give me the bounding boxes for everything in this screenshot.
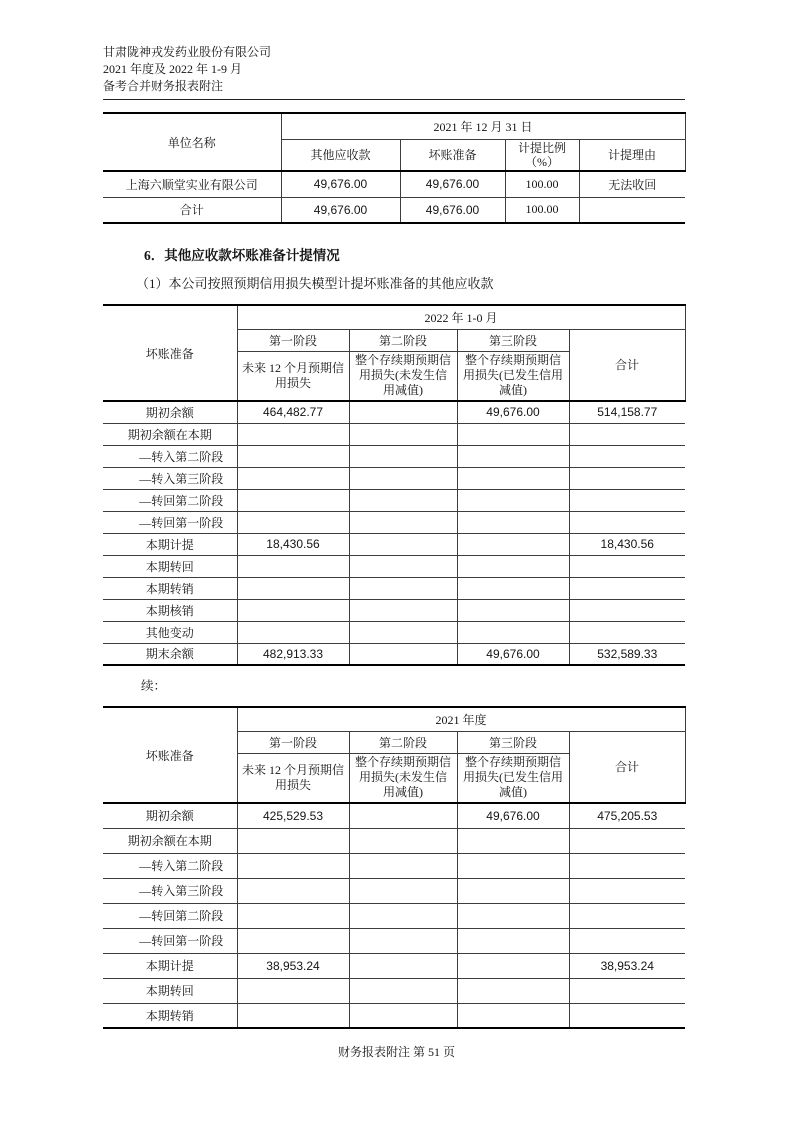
provision-table-2021: 坏账准备 2021 年度 第一阶段 第二阶段 第三阶段 合计 未来 12 个月预… bbox=[103, 706, 686, 1029]
value-cell bbox=[569, 599, 685, 621]
doc-header: 甘肃陇神戎发药业股份有限公司 2021 年度及 2022 年 1-9 月 备考合… bbox=[103, 0, 685, 95]
value-cell bbox=[237, 467, 349, 489]
table-row: 本期转销 bbox=[103, 577, 685, 599]
stage2-header: 第二阶段 bbox=[349, 329, 457, 351]
table-row: 本期转销 bbox=[103, 1003, 685, 1028]
value-cell bbox=[349, 577, 457, 599]
total-header: 合计 bbox=[569, 329, 685, 401]
unit-name-header: 单位名称 bbox=[103, 113, 281, 171]
value-cell: 425,529.53 bbox=[237, 803, 349, 828]
row-label-cell: —转回第二阶段 bbox=[103, 489, 237, 511]
row-label-cell: 本期核销 bbox=[103, 599, 237, 621]
stage2-desc: 整个存续期预期信用损失(未发生信用减值) bbox=[349, 351, 457, 401]
value-cell bbox=[349, 423, 457, 445]
value-cell bbox=[349, 978, 457, 1003]
provision-col-header: 坏账准备 bbox=[103, 305, 237, 401]
value-cell bbox=[569, 489, 685, 511]
value-cell bbox=[349, 928, 457, 953]
value-cell: 464,482.77 bbox=[237, 401, 349, 423]
stage1-desc: 未来 12 个月预期信用损失 bbox=[237, 351, 349, 401]
row-label-cell: —转回第二阶段 bbox=[103, 903, 237, 928]
value-cell bbox=[349, 903, 457, 928]
value-cell: 514,158.77 bbox=[569, 401, 685, 423]
value-cell bbox=[349, 878, 457, 903]
value-cell bbox=[237, 511, 349, 533]
reason-total-cell bbox=[579, 197, 685, 223]
report-title: 备考合并财务报表附注 bbox=[103, 78, 685, 95]
value-cell bbox=[457, 445, 569, 467]
table-row: 期初余额425,529.5349,676.00475,205.53 bbox=[103, 803, 685, 828]
value-cell bbox=[457, 423, 569, 445]
value-cell bbox=[349, 643, 457, 665]
value-cell: 49,676.00 bbox=[457, 643, 569, 665]
value-cell bbox=[569, 423, 685, 445]
table-row: 上海六顺堂实业有限公司 49,676.00 49,676.00 100.00 无… bbox=[103, 171, 685, 197]
row-label-cell: 本期转销 bbox=[103, 1003, 237, 1028]
company-name: 甘肃陇神戎发药业股份有限公司 bbox=[103, 44, 685, 61]
row-label-cell: 期初余额在本期 bbox=[103, 828, 237, 853]
table-row: —转入第二阶段 bbox=[103, 853, 685, 878]
value-cell bbox=[237, 577, 349, 599]
value-cell bbox=[237, 423, 349, 445]
value-cell: 38,953.24 bbox=[237, 953, 349, 978]
row-label-cell: —转回第一阶段 bbox=[103, 511, 237, 533]
value-cell bbox=[349, 599, 457, 621]
other-receivables-header: 其他应收款 bbox=[281, 139, 400, 171]
table-row: 期末余额482,913.3349,676.00532,589.33 bbox=[103, 643, 685, 665]
value-cell bbox=[349, 445, 457, 467]
value-cell bbox=[349, 853, 457, 878]
value-cell bbox=[569, 903, 685, 928]
value-cell: 18,430.56 bbox=[569, 533, 685, 555]
table-row: —转入第二阶段 bbox=[103, 445, 685, 467]
table-row: 本期计提38,953.2438,953.24 bbox=[103, 953, 685, 978]
stage3-desc: 整个存续期预期信用损失(已发生信用减值) bbox=[457, 753, 569, 803]
value-cell bbox=[237, 928, 349, 953]
period-header: 2021 年度 bbox=[237, 707, 685, 731]
document-page: 甘肃陇神戎发药业股份有限公司 2021 年度及 2022 年 1-9 月 备考合… bbox=[0, 0, 793, 1122]
provision-table-2022: 坏账准备 2022 年 1-0 月 第一阶段 第二阶段 第三阶段 合计 未来 1… bbox=[103, 304, 686, 666]
value-cell bbox=[457, 928, 569, 953]
row-label-cell: —转回第一阶段 bbox=[103, 928, 237, 953]
provision-ratio-header: 计提比例 （%） bbox=[505, 139, 579, 171]
period-header: 2022 年 1-0 月 bbox=[237, 305, 685, 329]
value-cell bbox=[569, 555, 685, 577]
header-rule bbox=[103, 99, 685, 100]
value-cell bbox=[349, 533, 457, 555]
table-row: —转回第二阶段 bbox=[103, 489, 685, 511]
value-cell bbox=[349, 828, 457, 853]
value-cell bbox=[457, 577, 569, 599]
value-cell bbox=[569, 1003, 685, 1028]
bad-debt-cell: 49,676.00 bbox=[400, 171, 505, 197]
row-label-cell: 期末余额 bbox=[103, 643, 237, 665]
row-label-cell: 本期转回 bbox=[103, 978, 237, 1003]
table-row: —转回第一阶段 bbox=[103, 928, 685, 953]
value-cell bbox=[457, 953, 569, 978]
value-cell bbox=[569, 828, 685, 853]
value-cell bbox=[569, 853, 685, 878]
row-label-cell: —转入第三阶段 bbox=[103, 878, 237, 903]
table-header-row: 坏账准备 2021 年度 bbox=[103, 707, 685, 731]
row-label-cell: 本期转回 bbox=[103, 555, 237, 577]
value-cell bbox=[569, 928, 685, 953]
value-cell bbox=[457, 1003, 569, 1028]
value-cell bbox=[237, 599, 349, 621]
stage2-header: 第二阶段 bbox=[349, 731, 457, 753]
row-label-cell: 其他变动 bbox=[103, 621, 237, 643]
stage1-header: 第一阶段 bbox=[237, 731, 349, 753]
value-cell bbox=[237, 828, 349, 853]
value-cell bbox=[349, 953, 457, 978]
table-row: —转入第三阶段 bbox=[103, 878, 685, 903]
ratio-total-cell: 100.00 bbox=[505, 197, 579, 223]
value-cell bbox=[569, 577, 685, 599]
total-header: 合计 bbox=[569, 731, 685, 803]
value-cell bbox=[349, 621, 457, 643]
value-cell bbox=[457, 533, 569, 555]
value-cell bbox=[349, 1003, 457, 1028]
stage3-desc: 整个存续期预期信用损失(已发生信用减值) bbox=[457, 351, 569, 401]
value-cell bbox=[569, 878, 685, 903]
section-subheading: （1）本公司按照预期信用损失模型计提坏账准备的其他应收款 bbox=[103, 273, 685, 292]
bad-debt-provision-header: 坏账准备 bbox=[400, 139, 505, 171]
value-cell bbox=[457, 511, 569, 533]
table-row: 期初余额464,482.7749,676.00514,158.77 bbox=[103, 401, 685, 423]
value-cell bbox=[457, 978, 569, 1003]
value-cell bbox=[569, 978, 685, 1003]
value-cell: 49,676.00 bbox=[457, 803, 569, 828]
value-cell: 49,676.00 bbox=[457, 401, 569, 423]
value-cell bbox=[237, 903, 349, 928]
value-cell: 38,953.24 bbox=[569, 953, 685, 978]
table-header-row: 坏账准备 2022 年 1-0 月 bbox=[103, 305, 685, 329]
table-row: —转回第一阶段 bbox=[103, 511, 685, 533]
value-cell bbox=[457, 903, 569, 928]
value-cell bbox=[349, 511, 457, 533]
value-cell bbox=[349, 803, 457, 828]
row-label-cell: 本期计提 bbox=[103, 953, 237, 978]
unit-name-cell: 上海六顺堂实业有限公司 bbox=[103, 171, 281, 197]
page-footer: 财务报表附注 第 51 页 bbox=[0, 1043, 793, 1060]
report-period: 2021 年度及 2022 年 1-9 月 bbox=[103, 61, 685, 78]
receivables-by-unit-table: 单位名称 2021 年 12 月 31 日 其他应收款 坏账准备 计提比例 （%… bbox=[103, 112, 686, 224]
continued-label: 续： bbox=[103, 676, 685, 694]
value-cell bbox=[457, 599, 569, 621]
value-cell bbox=[569, 511, 685, 533]
stage1-desc: 未来 12 个月预期信用损失 bbox=[237, 753, 349, 803]
table-row: 本期转回 bbox=[103, 555, 685, 577]
value-cell bbox=[457, 828, 569, 853]
value-cell bbox=[237, 489, 349, 511]
ratio-cell: 100.00 bbox=[505, 171, 579, 197]
table-row: —转回第二阶段 bbox=[103, 903, 685, 928]
stage3-header: 第三阶段 bbox=[457, 731, 569, 753]
date-header: 2021 年 12 月 31 日 bbox=[281, 113, 685, 139]
table-row: 本期转回 bbox=[103, 978, 685, 1003]
value-cell bbox=[457, 555, 569, 577]
value-cell bbox=[237, 878, 349, 903]
stage3-header: 第三阶段 bbox=[457, 329, 569, 351]
value-cell bbox=[457, 853, 569, 878]
stage2-desc: 整个存续期预期信用损失(未发生信用减值) bbox=[349, 753, 457, 803]
row-label-cell: 期初余额 bbox=[103, 803, 237, 828]
other-receivables-total-cell: 49,676.00 bbox=[281, 197, 400, 223]
value-cell bbox=[457, 878, 569, 903]
value-cell bbox=[237, 1003, 349, 1028]
value-cell bbox=[349, 555, 457, 577]
reason-cell: 无法收回 bbox=[579, 171, 685, 197]
table-total-row: 合计 49,676.00 49,676.00 100.00 bbox=[103, 197, 685, 223]
value-cell: 475,205.53 bbox=[569, 803, 685, 828]
value-cell: 482,913.33 bbox=[237, 643, 349, 665]
row-label-cell: —转入第二阶段 bbox=[103, 853, 237, 878]
section-heading: 6．其他应收款坏账准备计提情况 bbox=[103, 244, 685, 264]
value-cell bbox=[349, 401, 457, 423]
row-label-cell: —转入第三阶段 bbox=[103, 467, 237, 489]
value-cell bbox=[237, 445, 349, 467]
value-cell bbox=[569, 467, 685, 489]
table-header-row: 单位名称 2021 年 12 月 31 日 bbox=[103, 113, 685, 139]
value-cell bbox=[237, 555, 349, 577]
row-label-cell: —转入第二阶段 bbox=[103, 445, 237, 467]
table-row: 本期计提18,430.5618,430.56 bbox=[103, 533, 685, 555]
value-cell bbox=[349, 489, 457, 511]
row-label-cell: 期初余额 bbox=[103, 401, 237, 423]
value-cell bbox=[457, 467, 569, 489]
row-label-cell: 本期计提 bbox=[103, 533, 237, 555]
value-cell: 18,430.56 bbox=[237, 533, 349, 555]
value-cell bbox=[569, 445, 685, 467]
row-label-cell: 期初余额在本期 bbox=[103, 423, 237, 445]
provision-reason-header: 计提理由 bbox=[579, 139, 685, 171]
value-cell bbox=[457, 621, 569, 643]
value-cell bbox=[457, 489, 569, 511]
provision-col-header: 坏账准备 bbox=[103, 707, 237, 803]
stage1-header: 第一阶段 bbox=[237, 329, 349, 351]
table-row: 其他变动 bbox=[103, 621, 685, 643]
row-label-cell: 本期转销 bbox=[103, 577, 237, 599]
value-cell bbox=[237, 621, 349, 643]
bad-debt-total-cell: 49,676.00 bbox=[400, 197, 505, 223]
value-cell bbox=[237, 978, 349, 1003]
value-cell bbox=[237, 853, 349, 878]
table-row: 本期核销 bbox=[103, 599, 685, 621]
table-row: 期初余额在本期 bbox=[103, 828, 685, 853]
table-row: —转入第三阶段 bbox=[103, 467, 685, 489]
table-row: 期初余额在本期 bbox=[103, 423, 685, 445]
value-cell bbox=[569, 621, 685, 643]
value-cell bbox=[349, 467, 457, 489]
total-label-cell: 合计 bbox=[103, 197, 281, 223]
other-receivables-cell: 49,676.00 bbox=[281, 171, 400, 197]
value-cell: 532,589.33 bbox=[569, 643, 685, 665]
